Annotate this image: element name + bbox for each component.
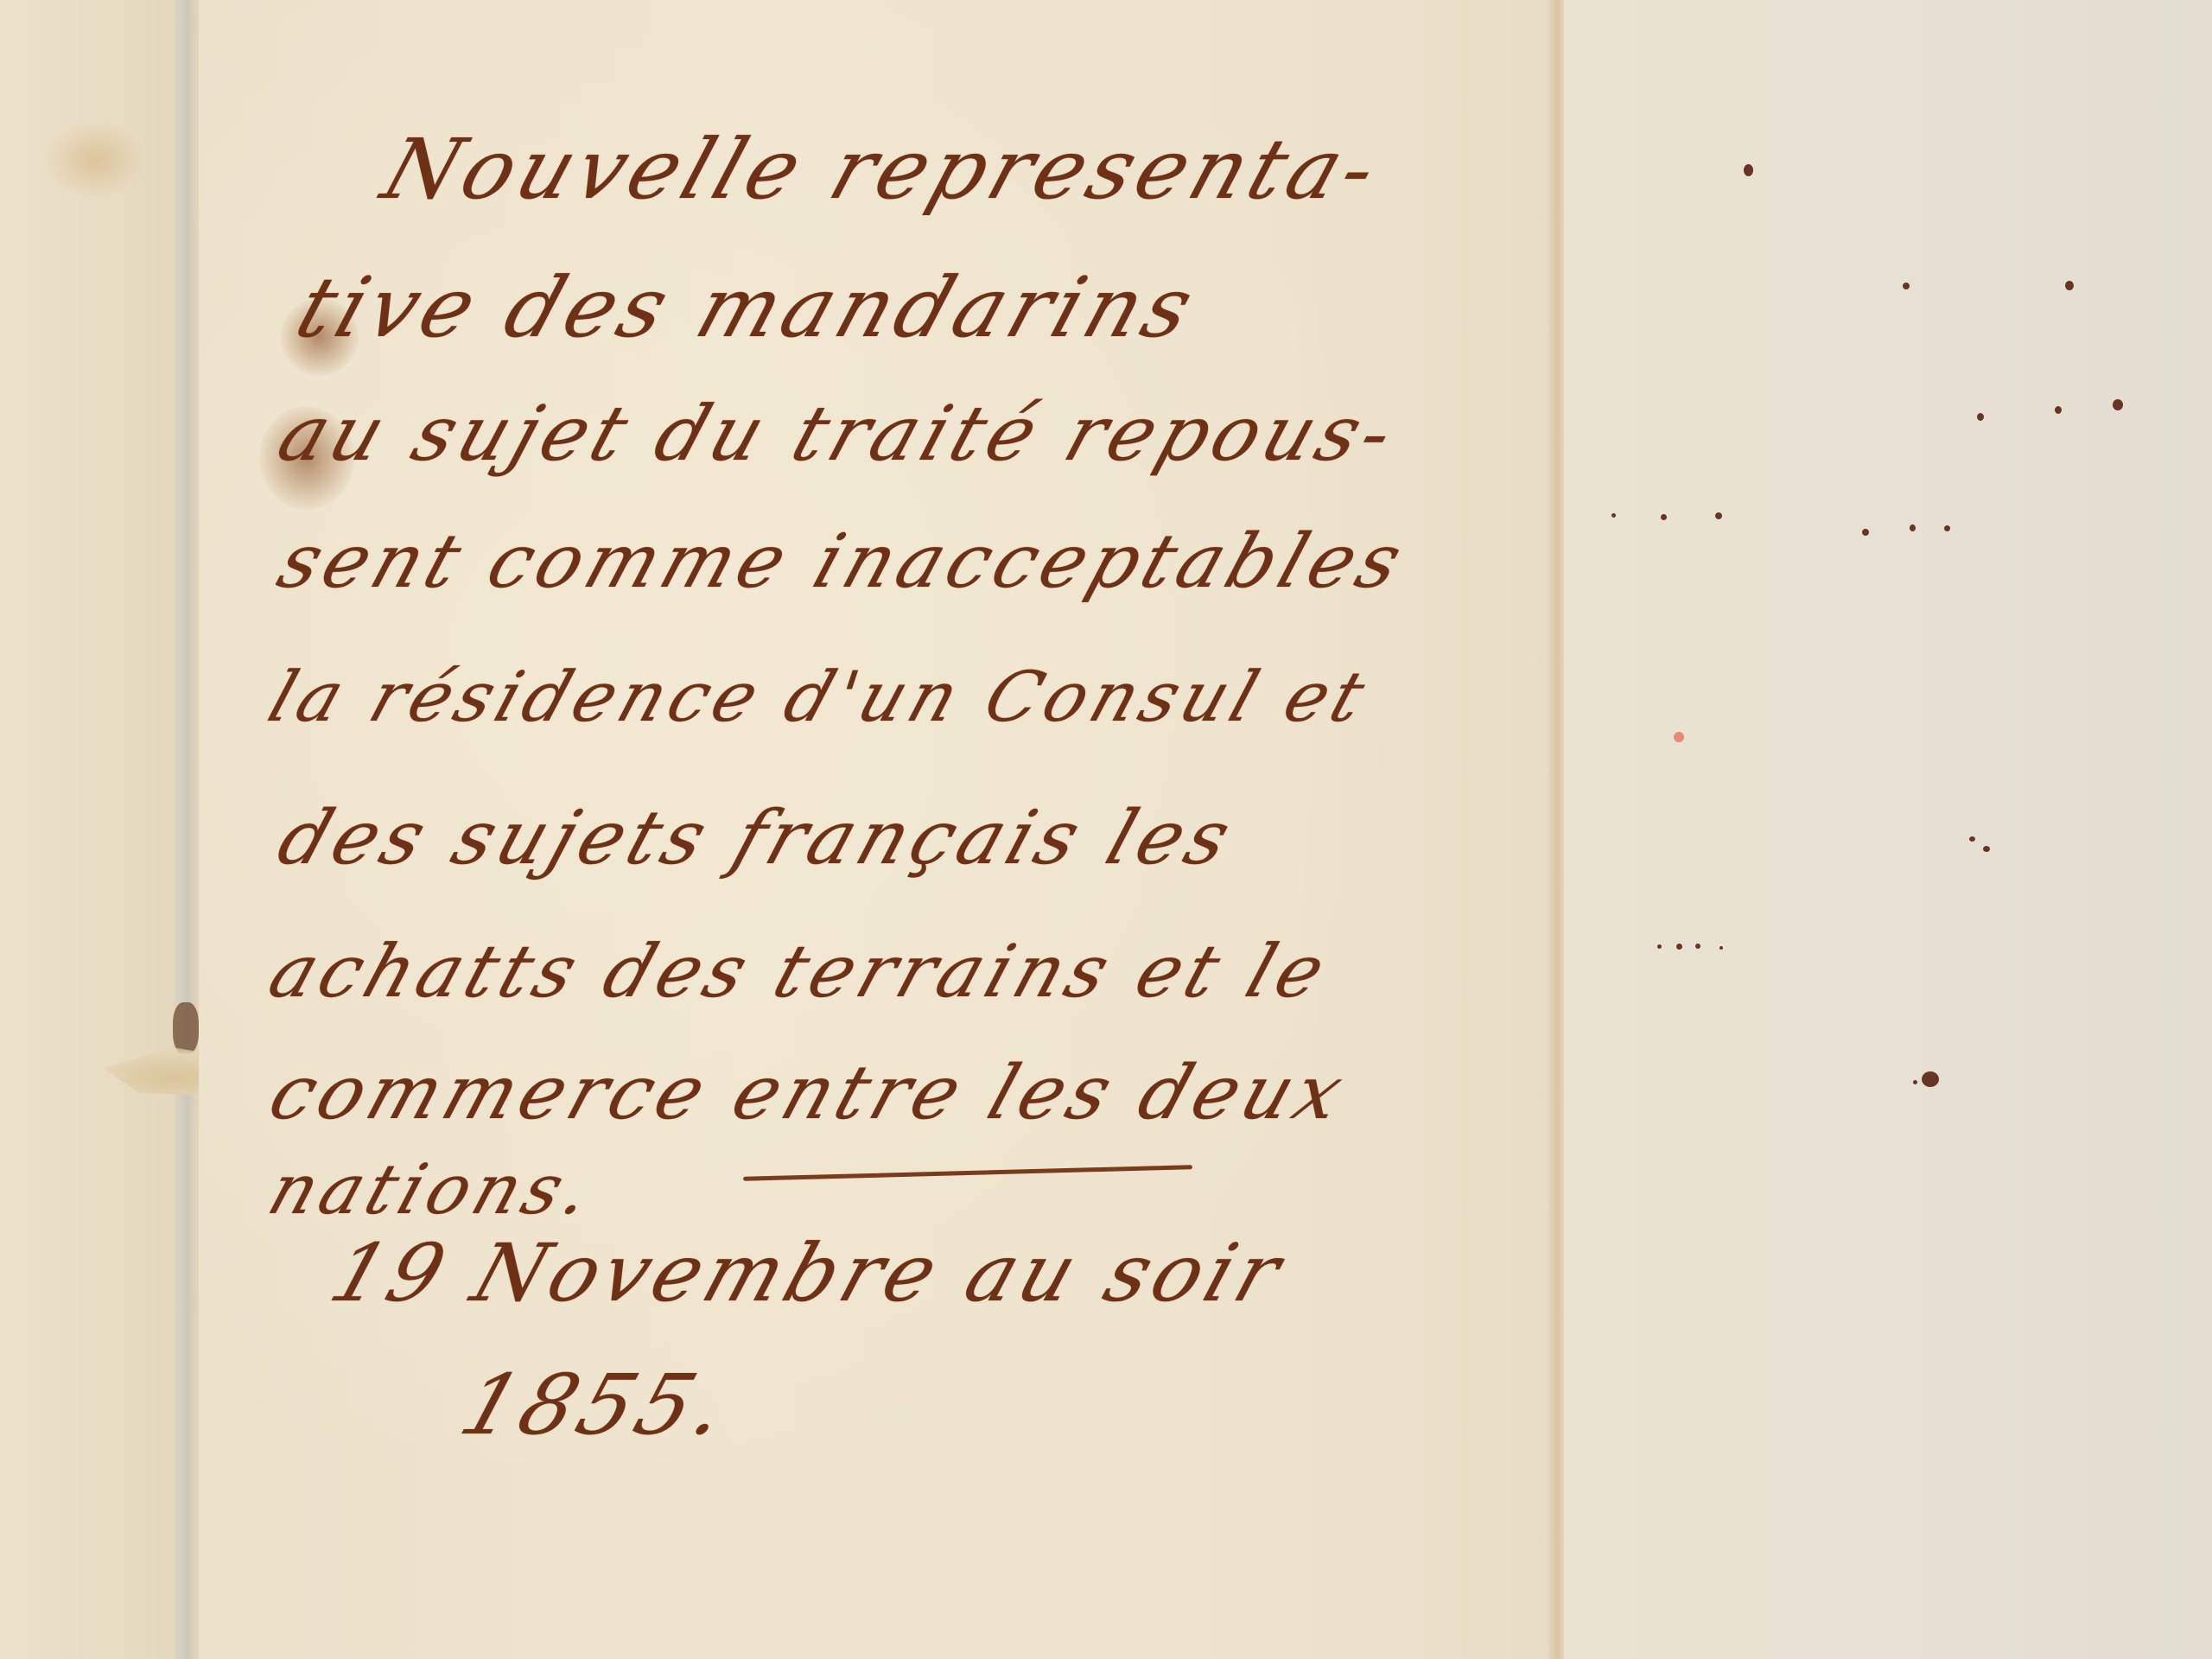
text-line-4: sent comme inacceptables [268,518,1417,605]
date-line: 19 Novembre au soir [320,1227,1297,1319]
text-line-8: commerce entre les deux [259,1050,1358,1136]
document-photo: Nouvelle representa- tive des mandarins … [0,0,2212,1659]
text-line-2: tive des mandarins [285,259,1210,356]
text-line-9: nations. [259,1149,606,1230]
text-line-3: au sujet du traité repous- [268,389,1409,478]
text-line-7: achatts des terrains et le [259,929,1340,1014]
year-line: 1855. [449,1357,744,1453]
text-line-6: des sujets français les [268,795,1246,881]
text-line-1: Nouvelle representa- [372,121,1394,218]
text-line-5: la résidence d'un Consul et [259,657,1379,737]
handwritten-text: Nouvelle representa- tive des mandarins … [0,0,2212,1659]
flourish-line [743,1165,1192,1181]
